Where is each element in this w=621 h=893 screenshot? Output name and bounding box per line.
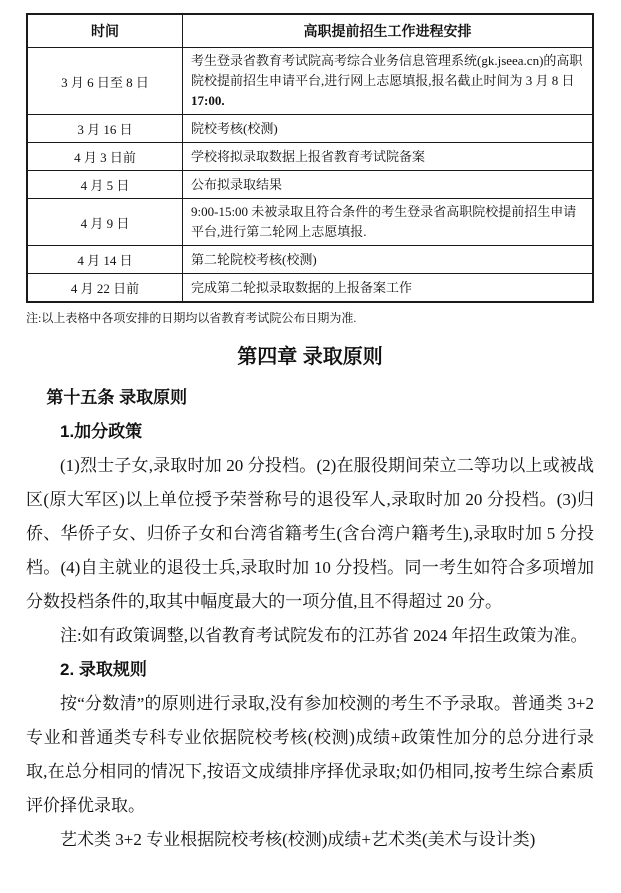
art-rules-paragraph: 艺术类 3+2 专业根据院校考核(校测)成绩+艺术类(美术与设计类): [26, 823, 594, 857]
table-row: 4 月 14 日第二轮院校考核(校测): [27, 246, 593, 274]
schedule-table: 时间 高职提前招生工作进程安排 3 月 6 日至 8 日考生登录省教育考试院高考…: [26, 13, 594, 303]
row-time: 3 月 6 日至 8 日: [27, 48, 183, 115]
row-task-text: 公布拟录取结果: [191, 177, 282, 192]
bonus-policy-heading: 1.加分政策: [26, 415, 594, 449]
row-task: 完成第二轮拟录取数据的上报备案工作: [183, 274, 594, 303]
policy-note-paragraph: 注:如有政策调整,以省教育考试院发布的江苏省 2024 年招生政策为准。: [26, 619, 594, 653]
table-header-schedule: 高职提前招生工作进程安排: [183, 14, 594, 48]
row-task: 考生登录省教育考试院高考综合业务信息管理系统(gk.jseea.cn)的高职院校…: [183, 48, 594, 115]
row-task-text: 9:00-15:00 未被录取且符合条件的考生登录省高职院校提前招生申请平台,进…: [191, 204, 576, 239]
row-time: 4 月 22 日前: [27, 274, 183, 303]
row-task-bold-text: 17:00.: [191, 93, 225, 108]
document-page: 时间 高职提前招生工作进程安排 3 月 6 日至 8 日考生登录省教育考试院高考…: [0, 0, 621, 893]
row-time: 4 月 5 日: [27, 171, 183, 199]
row-task-text: 院校考核(校测): [191, 121, 278, 136]
table-row: 4 月 22 日前完成第二轮拟录取数据的上报备案工作: [27, 274, 593, 303]
row-time: 3 月 16 日: [27, 115, 183, 143]
row-task: 9:00-15:00 未被录取且符合条件的考生登录省高职院校提前招生申请平台,进…: [183, 199, 594, 246]
admission-rules-paragraph: 按“分数清”的原则进行录取,没有参加校测的考生不予录取。普通类 3+2 专业和普…: [26, 687, 594, 823]
row-time: 4 月 3 日前: [27, 143, 183, 171]
table-row: 4 月 5 日公布拟录取结果: [27, 171, 593, 199]
admission-rules-heading: 2. 录取规则: [26, 653, 594, 687]
row-time: 4 月 14 日: [27, 246, 183, 274]
bonus-policy-paragraph: (1)烈士子女,录取时加 20 分投档。(2)在服役期间荣立二等功以上或被战区(…: [26, 449, 594, 619]
table-row: 3 月 6 日至 8 日考生登录省教育考试院高考综合业务信息管理系统(gk.js…: [27, 48, 593, 115]
table-header-time: 时间: [27, 14, 183, 48]
row-task: 第二轮院校考核(校测): [183, 246, 594, 274]
table-row: 3 月 16 日院校考核(校测): [27, 115, 593, 143]
article-title: 第十五条 录取原则: [26, 381, 594, 415]
row-task: 公布拟录取结果: [183, 171, 594, 199]
table-row: 4 月 3 日前学校将拟录取数据上报省教育考试院备案: [27, 143, 593, 171]
table-row: 4 月 9 日9:00-15:00 未被录取且符合条件的考生登录省高职院校提前招…: [27, 199, 593, 246]
row-task-text: 考生登录省教育考试院高考综合业务信息管理系统(gk.jseea.cn)的高职院校…: [191, 53, 582, 88]
row-task: 学校将拟录取数据上报省教育考试院备案: [183, 143, 594, 171]
row-time: 4 月 9 日: [27, 199, 183, 246]
table-header-row: 时间 高职提前招生工作进程安排: [27, 14, 593, 48]
row-task-text: 完成第二轮拟录取数据的上报备案工作: [191, 280, 412, 295]
chapter-title: 第四章 录取原则: [26, 340, 594, 374]
row-task-text: 学校将拟录取数据上报省教育考试院备案: [191, 149, 425, 164]
row-task-text: 第二轮院校考核(校测): [191, 252, 317, 267]
row-task: 院校考核(校测): [183, 115, 594, 143]
table-note: 注:以上表格中各项安排的日期均以省教育考试院公布日期为准.: [26, 310, 594, 326]
